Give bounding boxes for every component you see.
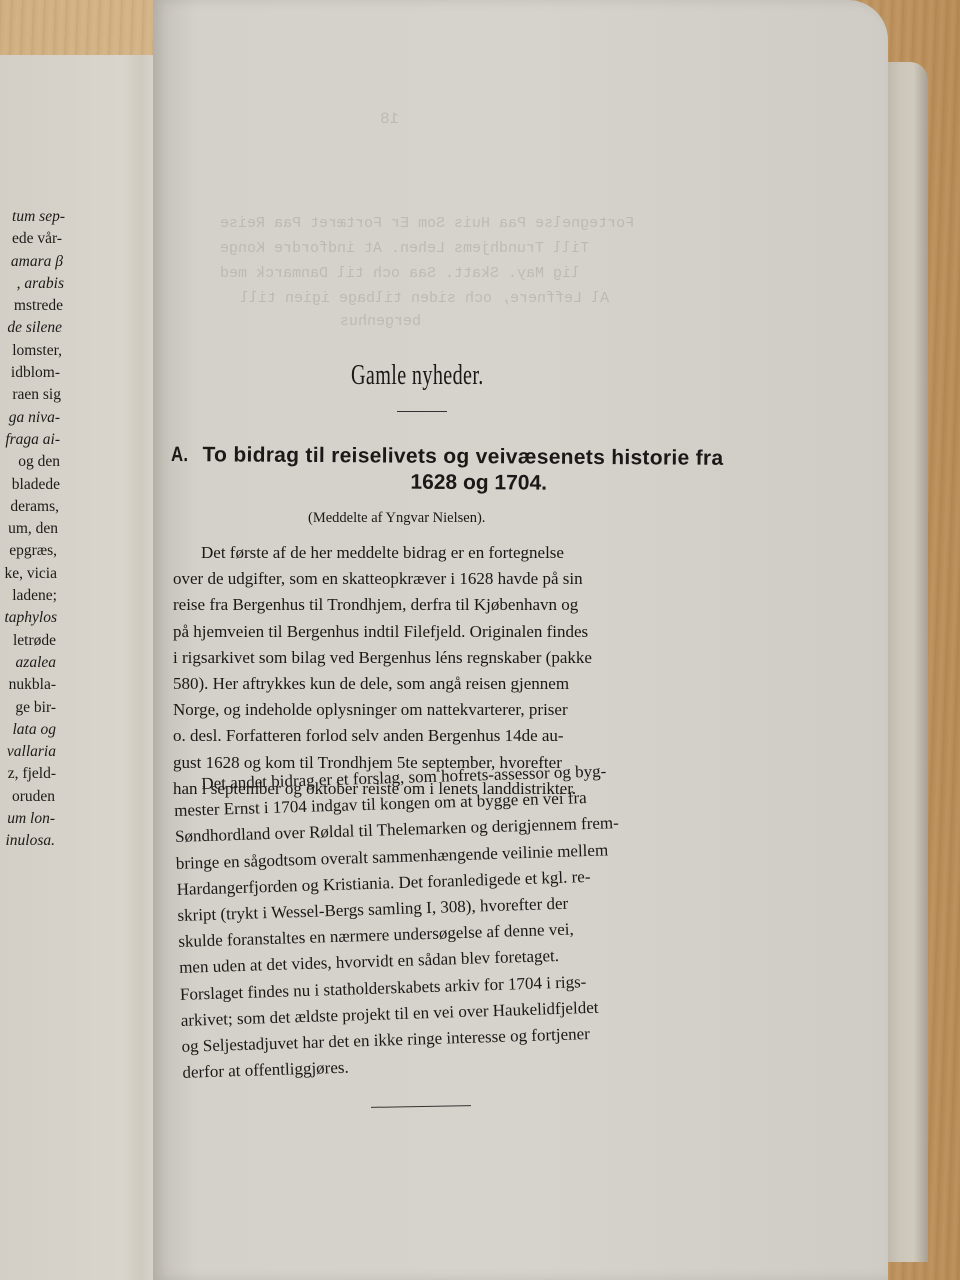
text-line: ke, vicia (0, 563, 150, 585)
text-line: epgræs, (0, 540, 150, 562)
text-line: over de udgifter, som en skatteopkræver … (173, 566, 693, 592)
text-line: azalea (0, 652, 150, 674)
text-line: ede vår- (0, 228, 150, 250)
text-line: Norge, og indeholde oplysninger om natte… (173, 697, 693, 723)
text-line: raen sig (0, 384, 150, 406)
text-line: idblom- (0, 362, 150, 384)
left-page-text-column: tum sep- ede vår- amara β , arabis mstre… (0, 206, 150, 853)
text-line: amara β (0, 251, 150, 273)
text-line: tum sep- (0, 206, 150, 228)
text-line: bladede (0, 474, 150, 496)
text-line: ladene; (0, 585, 150, 607)
paragraph-2: Det andet bidrag er et forslag, som hofr… (173, 756, 703, 1087)
text-line: , arabis (0, 273, 150, 295)
title-divider (397, 411, 447, 412)
text-line: taphylos (0, 607, 150, 629)
end-divider (371, 1105, 471, 1108)
text-line: ga niva- (0, 407, 150, 429)
text-line: ge bir- (0, 697, 150, 719)
section-heading: A.To bidrag til reiselivets og veivæsene… (169, 443, 709, 497)
text-line: lata og (0, 719, 150, 741)
section-marker: A. (171, 443, 188, 467)
text-line: inulosa. (0, 830, 150, 852)
text-line: og den (0, 451, 150, 473)
text-line: nukbla- (0, 674, 150, 696)
text-line: de silene (0, 317, 150, 339)
text-line: Det første af de her meddelte bidrag er … (173, 540, 693, 566)
text-line: um, den (0, 518, 150, 540)
text-line: derams, (0, 496, 150, 518)
text-line: lomster, (0, 340, 150, 362)
text-line: z, fjeld- (0, 763, 150, 785)
text-line: vallaria (0, 741, 150, 763)
text-line: o. desl. Forfatteren forlod selv anden B… (173, 723, 693, 749)
text-line: um lon- (0, 808, 150, 830)
right-page-content: Gamle nyheder. A.To bidrag til reiselive… (153, 0, 888, 1280)
section-heading-line2: 1628 og 1704. (169, 469, 709, 497)
text-line: 580). Her aftrykkes kun de dele, som ang… (173, 671, 693, 697)
section-heading-line1: To bidrag til reiselivets og veivæsenets… (202, 443, 723, 470)
text-line: på hjemveien til Bergenhus indtil Filefj… (173, 619, 693, 645)
text-line: mstrede (0, 295, 150, 317)
text-line: i rigsarkivet som bilag ved Bergenhus lé… (173, 645, 693, 671)
text-line: fraga ai- (0, 429, 150, 451)
page-title: Gamle nyheder. (351, 360, 484, 392)
text-line: letrøde (0, 630, 150, 652)
text-line: oruden (0, 786, 150, 808)
byline: (Meddelte af Yngvar Nielsen). (308, 510, 485, 527)
text-line: reise fra Bergenhus til Trondhjem, derfr… (173, 592, 693, 618)
